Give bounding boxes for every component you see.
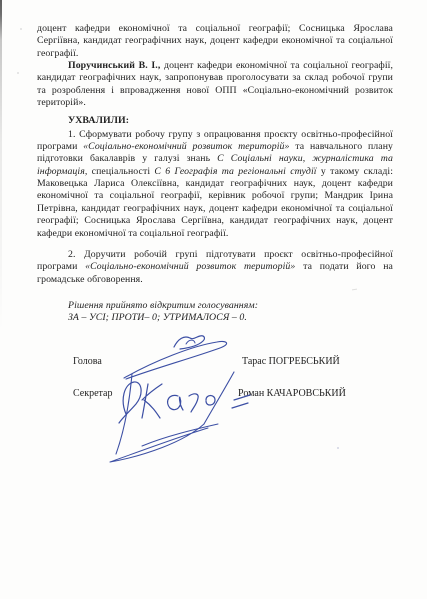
chair-signature-letters bbox=[174, 336, 204, 349]
secretary-signature-letter-a bbox=[168, 395, 183, 410]
vote-result: Рішення прийнято відкритим голосуванням:… bbox=[68, 300, 393, 325]
scan-edge-artifact bbox=[0, 0, 2, 330]
secretary-signature-letter-k bbox=[142, 384, 162, 418]
item1-text-c: спеціальності bbox=[87, 166, 154, 177]
secretary-signature-flourish bbox=[142, 424, 218, 446]
speaker-name: Поручинський В. І., bbox=[68, 60, 160, 71]
resolution-item-2: 2. Доручити робочій групі підготувати пр… bbox=[37, 249, 393, 286]
secretary-signature-letter-o bbox=[206, 396, 215, 406]
chair-signature-loop bbox=[186, 340, 195, 344]
secretary-signature bbox=[96, 366, 256, 471]
secretary-signature-letter-r bbox=[189, 394, 198, 412]
resolved-heading: УХВАЛИЛИ: bbox=[37, 115, 393, 127]
secretary-signature-slash bbox=[204, 372, 234, 424]
paragraph-continuation: доцент кафедри економічної та соціальної… bbox=[37, 23, 393, 60]
specialty-name: С 6 Географія та регіональні студії bbox=[154, 166, 316, 177]
scan-speck bbox=[17, 72, 19, 74]
chair-name: Тарас ПОГРЕБСЬКИЙ bbox=[242, 356, 340, 367]
paragraph-motion: Поручинський В. І., доцент кафедри еконо… bbox=[37, 60, 393, 109]
secretary-signature-equals bbox=[232, 395, 250, 408]
document-page: доцент кафедри економічної та соціальної… bbox=[0, 0, 427, 599]
scan-speck bbox=[20, 28, 22, 30]
resolution-item-1: 1. Сформувати робочу групу з опрацювання… bbox=[37, 129, 393, 240]
program-title: «Соціально-економічний розвиток територі… bbox=[83, 141, 289, 152]
vote-line-1: Рішення прийнято відкритим голосуванням: bbox=[68, 300, 393, 312]
program-title: «Соціально-економічний розвиток територі… bbox=[85, 261, 295, 272]
document-text-block: доцент кафедри економічної та соціальної… bbox=[37, 23, 393, 325]
secretary-signature-descender bbox=[116, 374, 132, 454]
scan-speck bbox=[337, 447, 339, 449]
vote-line-2: ЗА – УСІ; ПРОТИ– 0; УТРИМАЛОСЯ – 0. bbox=[68, 312, 393, 324]
